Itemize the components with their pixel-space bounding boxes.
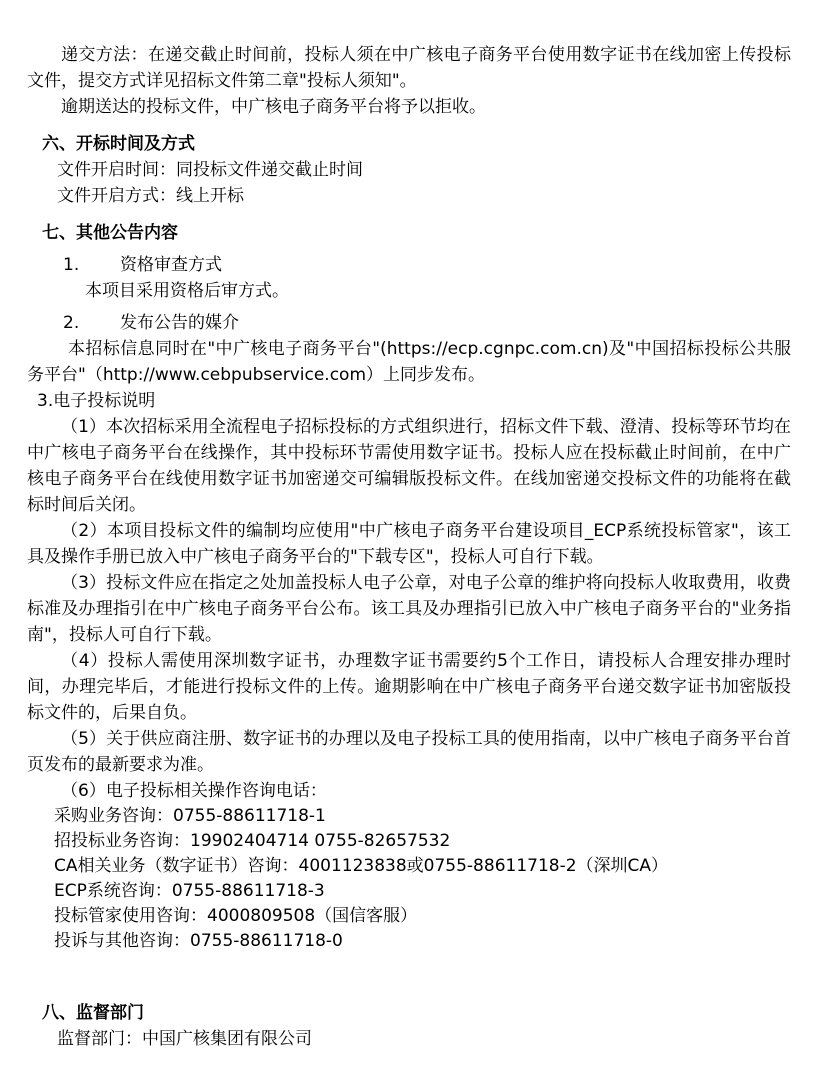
paragraph-ebid-6: （6）电子投标相关操作咨询电话：: [27, 778, 791, 804]
list-title: 资格审查方式: [120, 252, 222, 278]
paragraph-ebid-5: （5）关于供应商注册、数字证书的办理以及电子投标工具的使用指南，以中广核电子商务…: [27, 726, 791, 778]
list-title: 发布公告的媒介: [120, 310, 239, 336]
document-page: 递交方法：在递交截止时间前，投标人须在中广核电子商务平台使用数字证书在线加密上传…: [0, 0, 829, 1072]
paragraph-ebid-2: （2）本项目投标文件的编制均应使用"中广核电子商务平台建设项目_ECP系统投标管…: [27, 518, 791, 570]
paragraph-submission-method: 递交方法：在递交截止时间前，投标人须在中广核电子商务平台使用数字证书在线加密上传…: [27, 42, 791, 94]
section-heading-8: 八、监督部门: [42, 1000, 791, 1026]
contact-line-bid-manager: 投标管家使用咨询：4000809508（国信客服）: [54, 904, 791, 929]
section-heading-7: 七、其他公告内容: [42, 220, 791, 246]
list-item-3: 3.电子投标说明: [37, 388, 791, 414]
contact-line-ecp: ECP系统咨询：0755-88611718-3: [54, 879, 791, 904]
list-number: 2.: [63, 310, 120, 336]
contact-line-procurement: 采购业务咨询：0755-88611718-1: [54, 804, 791, 829]
contact-line-complaint: 投诉与其他咨询：0755-88611718-0: [54, 929, 791, 954]
contact-line-ca: CA相关业务（数字证书）咨询：4001123838或0755-88611718-…: [54, 854, 791, 879]
paragraph-ebid-3: （3）投标文件应在指定之处加盖投标人电子公章，对电子公章的维护将向投标人收取费用…: [27, 570, 791, 648]
line-supervision-dept: 监督部门：中国广核集团有限公司: [57, 1026, 791, 1052]
line-open-method: 文件开启方式：线上开标: [57, 183, 791, 209]
list-item-1: 1.资格审查方式: [63, 252, 791, 278]
list-number: 1.: [63, 252, 120, 278]
line-open-time: 文件开启时间：同投标文件递交截止时间: [57, 157, 791, 183]
section-heading-6: 六、开标时间及方式: [42, 131, 791, 157]
contact-line-bidding: 招投标业务咨询：19902404714 0755-82657532: [54, 829, 791, 854]
list-body-1: 本项目采用资格后审方式。: [85, 278, 791, 304]
paragraph-late-submission: 逾期送达的投标文件，中广核电子商务平台将予以拒收。: [27, 94, 791, 120]
paragraph-ebid-1: （1）本次招标采用全流程电子招标投标的方式组织进行，招标文件下载、澄清、投标等环…: [27, 414, 791, 518]
paragraph-ebid-4: （4）投标人需使用深圳数字证书，办理数字证书需要约5个工作日，请投标人合理安排办…: [27, 648, 791, 726]
paragraph-media: 本招标信息同时在"中广核电子商务平台"(https://ecp.cgnpc.co…: [27, 336, 791, 388]
list-item-2: 2.发布公告的媒介: [63, 310, 791, 336]
